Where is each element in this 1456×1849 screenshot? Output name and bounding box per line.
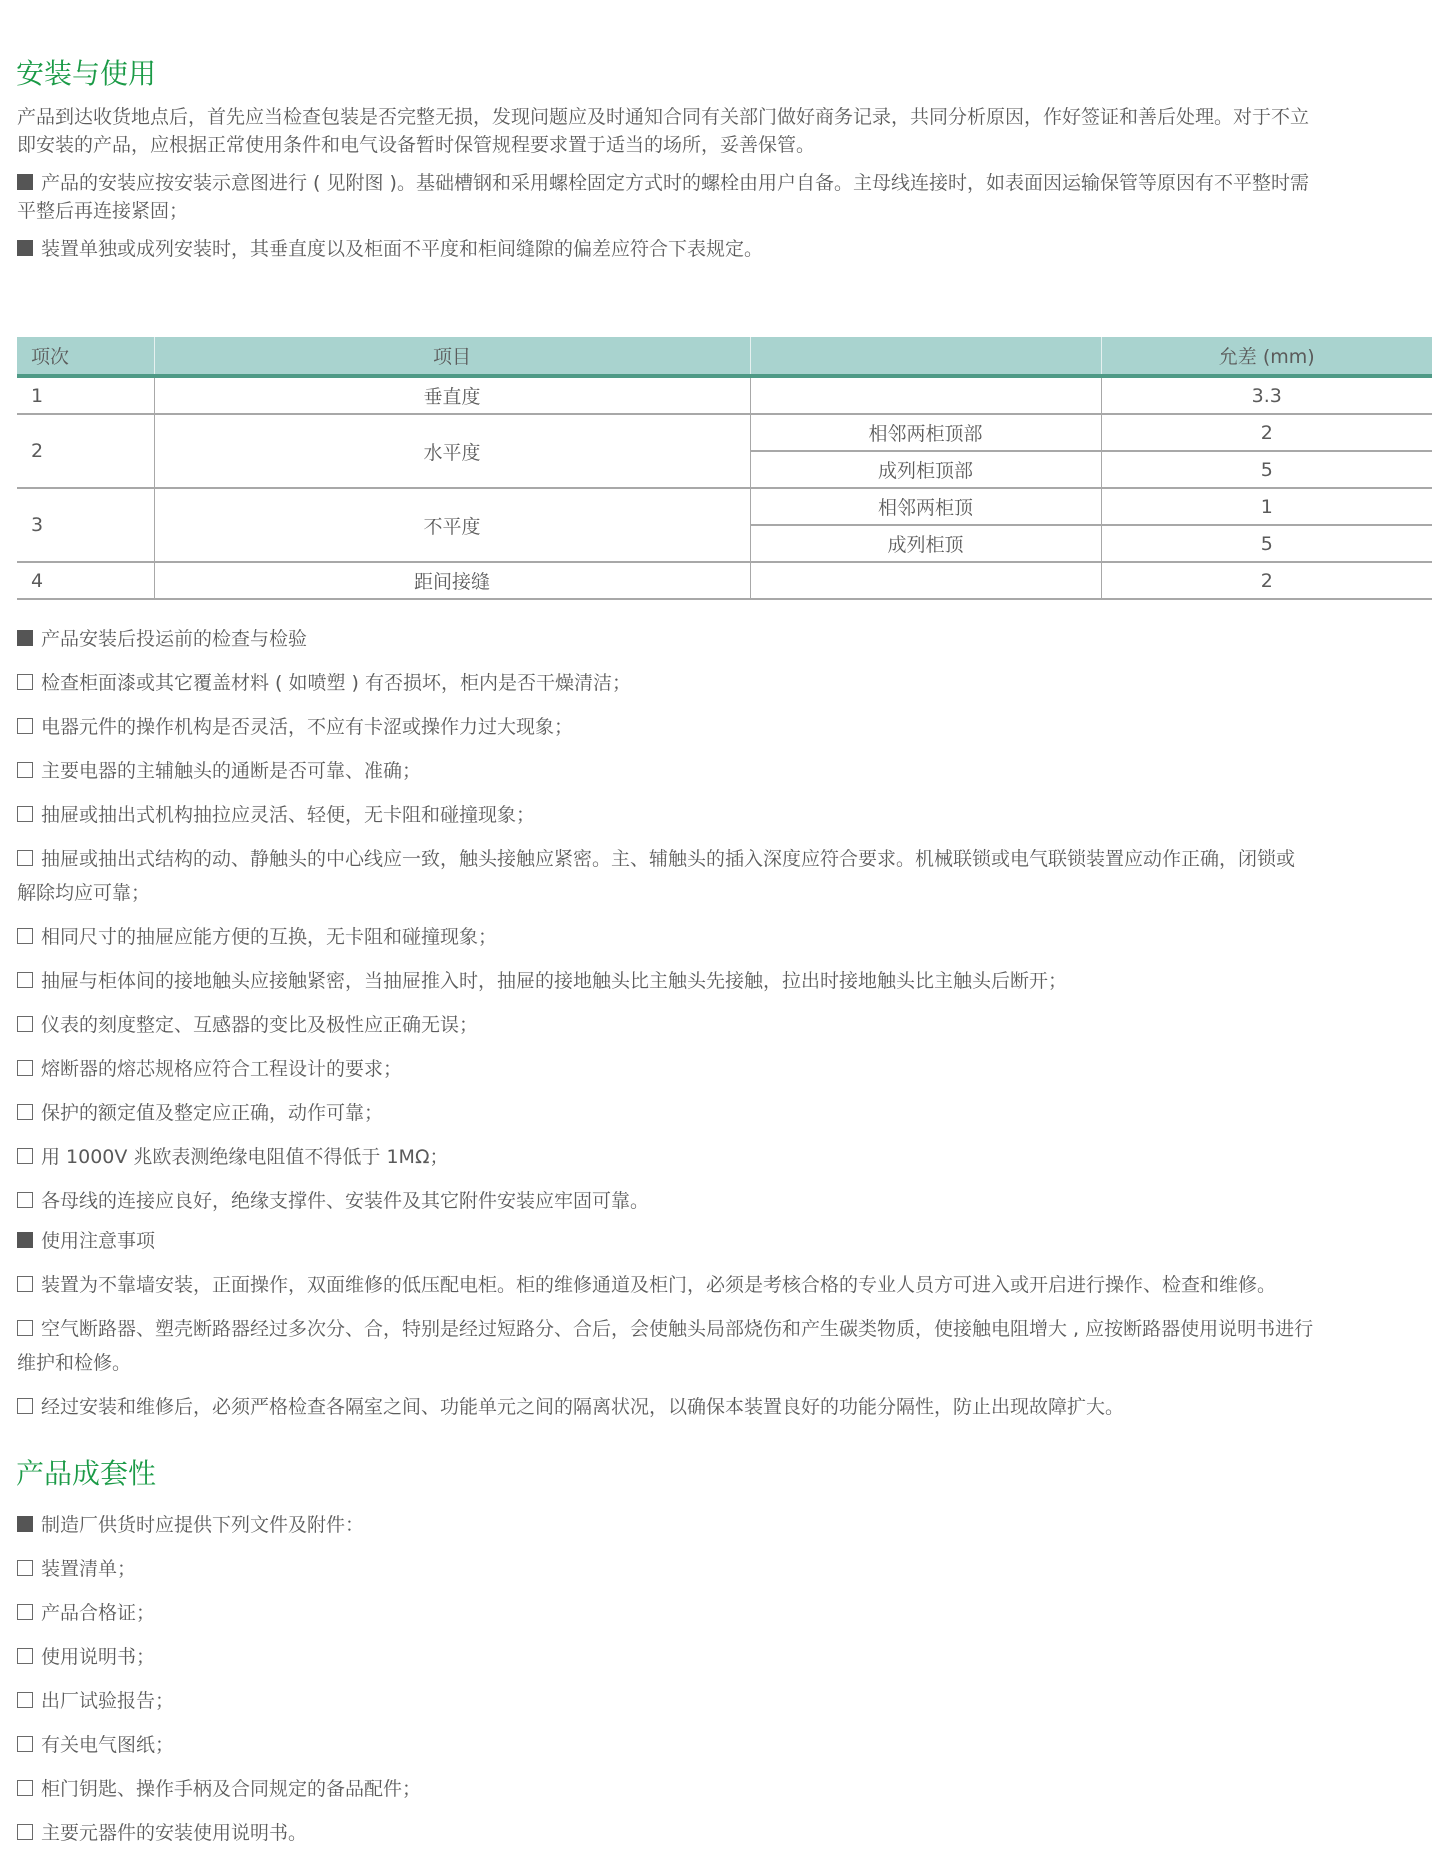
checkbox-square-icon [17, 762, 33, 778]
inspection-item: 各母线的连接应良好，绝缘支撑件、安装件及其它附件安装应牢固可靠。 [17, 1184, 1437, 1218]
inspection-item: 相同尺寸的抽屉应能方便的互换，无卡阻和碰撞现象； [17, 920, 1437, 954]
inspection-item: 抽屉或抽出式结构的动、静触头的中心线应一致，触头接触应紧密。主、辅触头的插入深度… [17, 842, 1437, 876]
checkbox-square-icon [17, 1104, 33, 1120]
inspection-item-continued: 解除均应可靠； [17, 876, 1437, 910]
section-title-completeness: 产品成套性 [16, 1452, 156, 1492]
checkbox-square-icon [17, 1692, 33, 1708]
usage-item-continued: 维护和检修。 [17, 1346, 1437, 1380]
inspection-item: 抽屉或抽出式机构抽拉应灵活、轻便，无卡阻和碰撞现象； [17, 798, 1437, 832]
inspection-item: 仪表的刻度整定、互感器的变比及极性应正确无误； [17, 1008, 1437, 1042]
checkbox-square-icon [17, 1648, 33, 1664]
completeness-item: 出厂试验报告； [17, 1684, 1437, 1718]
usage-heading: 使用注意事项 [17, 1224, 1437, 1258]
filled-square-icon [17, 630, 33, 646]
filled-square-icon [17, 1232, 33, 1248]
column-header-no: 项次 [17, 337, 154, 376]
inspection-item: 检查柜面漆或其它覆盖材料 ( 如喷塑 ) 有否损坏，柜内是否干燥清洁； [17, 666, 1437, 700]
filled-square-icon [17, 1516, 33, 1532]
checkbox-square-icon [17, 1192, 33, 1208]
inspection-item: 电器元件的操作机构是否灵活，不应有卡涩或操作力过大现象； [17, 710, 1437, 744]
checkbox-square-icon [17, 674, 33, 690]
table-row: 2 水平度 相邻两柜顶部 2 [17, 414, 1432, 451]
usage-item: 装置为不靠墙安装，正面操作，双面维修的低压配电柜。柜的维修通道及柜门，必须是考核… [17, 1268, 1437, 1302]
checkbox-square-icon [17, 806, 33, 822]
completeness-heading: 制造厂供货时应提供下列文件及附件： [17, 1508, 1437, 1542]
inspection-item: 熔断器的熔芯规格应符合工程设计的要求； [17, 1052, 1437, 1086]
checkbox-square-icon [17, 1824, 33, 1840]
checkbox-square-icon [17, 1560, 33, 1576]
checkbox-square-icon [17, 972, 33, 988]
checkbox-square-icon [17, 1736, 33, 1752]
completeness-item: 使用说明书； [17, 1640, 1437, 1674]
intro-line-2: 即安装的产品，应根据正常使用条件和电气设备暂时保管规程要求置于适当的场所，妥善保… [17, 128, 1437, 162]
point2: 装置单独或成列安装时，其垂直度以及柜面不平度和柜间缝隙的偏差应符合下表规定。 [17, 232, 1437, 266]
section-title-installation: 安装与使用 [16, 52, 156, 92]
checkbox-square-icon [17, 928, 33, 944]
column-header-sub [750, 337, 1101, 376]
checkbox-square-icon [17, 718, 33, 734]
checkbox-square-icon [17, 1016, 33, 1032]
column-header-item: 项目 [154, 337, 750, 376]
usage-item: 空气断路器、塑壳断路器经过多次分、合，特别是经过短路分、合后，会使触头局部烧伤和… [17, 1312, 1437, 1346]
checkbox-square-icon [17, 1780, 33, 1796]
table-row: 4 距间接缝 2 [17, 562, 1432, 599]
inspection-item: 主要电器的主辅触头的通断是否可靠、准确； [17, 754, 1437, 788]
completeness-item: 主要元器件的安装使用说明书。 [17, 1816, 1437, 1849]
table-header-row: 项次 项目 允差 (mm) [17, 337, 1432, 376]
inspection-item: 抽屉与柜体间的接地触头应接触紧密，当抽屉推入时，抽屉的接地触头比主触头先接触，拉… [17, 964, 1437, 998]
table-row: 1 垂直度 3.3 [17, 376, 1432, 414]
completeness-item: 有关电气图纸； [17, 1728, 1437, 1762]
inspection-item: 保护的额定值及整定应正确，动作可靠； [17, 1096, 1437, 1130]
checkbox-square-icon [17, 1060, 33, 1076]
table-row: 3 不平度 相邻两柜顶 1 [17, 488, 1432, 525]
point1-line-2: 平整后再连接紧固； [17, 194, 1437, 228]
usage-item: 经过安装和维修后，必须严格检查各隔室之间、功能单元之间的隔离状况，以确保本装置良… [17, 1390, 1437, 1424]
inspection-item: 用 1000V 兆欧表测绝缘电阻值不得低于 1MΩ； [17, 1140, 1437, 1174]
filled-square-icon [17, 174, 33, 190]
checkbox-square-icon [17, 1320, 33, 1336]
completeness-item: 产品合格证； [17, 1596, 1437, 1630]
checkbox-square-icon [17, 1604, 33, 1620]
column-header-tolerance: 允差 (mm) [1101, 337, 1432, 376]
checkbox-square-icon [17, 850, 33, 866]
completeness-item: 柜门钥匙、操作手柄及合同规定的备品配件； [17, 1772, 1437, 1806]
inspection-heading: 产品安装后投运前的检查与检验 [17, 622, 1437, 656]
checkbox-square-icon [17, 1398, 33, 1414]
checkbox-square-icon [17, 1276, 33, 1292]
filled-square-icon [17, 240, 33, 256]
completeness-item: 装置清单； [17, 1552, 1437, 1586]
tolerance-table: 项次 项目 允差 (mm) 1 垂直度 3.3 2 水平度 相邻两柜顶部 2 成… [17, 337, 1432, 600]
checkbox-square-icon [17, 1148, 33, 1164]
